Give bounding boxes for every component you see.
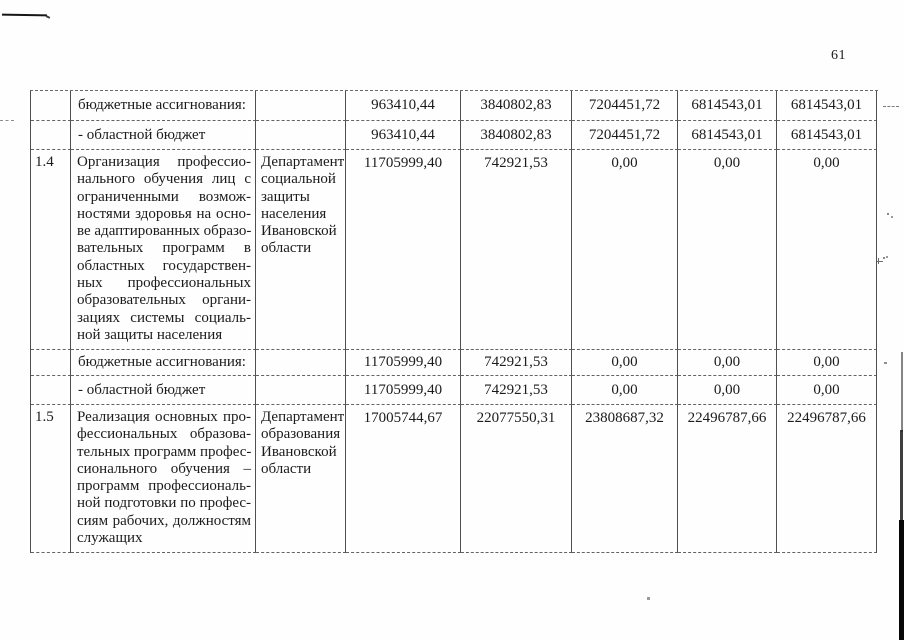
budget-subrow: - областной бюджет11705999,40742921,530,… xyxy=(31,376,878,405)
value-cell: 963410,44 xyxy=(346,121,461,150)
value-cell: 6814543,01 xyxy=(777,121,877,150)
scan-speck xyxy=(887,213,889,215)
scan-edge-line xyxy=(900,430,903,522)
empty-executor-cell xyxy=(256,91,346,121)
value-cell: 3840802,83 xyxy=(461,121,572,150)
value-cell: 17005744,67 xyxy=(346,405,461,553)
value-cell: 11705999,40 xyxy=(346,350,461,376)
pen-stroke-tick xyxy=(46,15,50,19)
empty-executor-cell xyxy=(256,350,346,376)
value-cell: 6814543,01 xyxy=(678,91,777,121)
empty-number-cell xyxy=(31,350,71,376)
row-number-cell: 1.5 xyxy=(31,405,71,553)
value-cell: 7204451,72 xyxy=(572,91,678,121)
value-cell: 11705999,40 xyxy=(346,150,461,350)
budget-label-cell: бюджетные ассигнования: xyxy=(71,91,256,121)
empty-executor-cell xyxy=(256,376,346,405)
scan-speck xyxy=(891,216,893,218)
budget-subrow: бюджетные ассигнования:963410,443840802,… xyxy=(31,91,878,121)
value-cell: 6814543,01 xyxy=(777,91,877,121)
budget-label-cell: - областной бюджет xyxy=(71,121,256,150)
activity-row: 1.5Реализация основных про-фессиональных… xyxy=(31,405,878,553)
executor-cell: ДепартаментсоциальнойзащитынаселенияИван… xyxy=(256,150,346,350)
value-cell: 742921,53 xyxy=(461,350,572,376)
empty-number-cell xyxy=(31,121,71,150)
row-number-cell: 1.4 xyxy=(31,150,71,350)
value-cell: 0,00 xyxy=(777,150,877,350)
margin-dash-left xyxy=(0,120,14,121)
scan-edge-line xyxy=(899,520,904,640)
executor-cell: ДепартаментобразованияИвановскойобласти xyxy=(256,405,346,553)
value-cell: 22496787,66 xyxy=(777,405,877,553)
value-cell: 0,00 xyxy=(678,150,777,350)
value-cell: 0,00 xyxy=(678,350,777,376)
budget-label-cell: бюджетные ассигнования: xyxy=(71,350,256,376)
value-cell: 0,00 xyxy=(572,150,678,350)
value-cell: 22496787,66 xyxy=(678,405,777,553)
pen-stroke-top-left xyxy=(2,14,47,17)
value-cell: 0,00 xyxy=(572,350,678,376)
value-cell: 742921,53 xyxy=(461,376,572,405)
value-cell: 0,00 xyxy=(777,350,877,376)
empty-number-cell xyxy=(31,376,71,405)
value-cell: 7204451,72 xyxy=(572,121,678,150)
value-cell: 6814543,01 xyxy=(678,121,777,150)
scan-speck xyxy=(886,256,888,258)
page-number: 61 xyxy=(831,48,846,64)
budget-subrow: бюджетные ассигнования:11705999,40742921… xyxy=(31,350,878,376)
budget-subrow: - областной бюджет963410,443840802,83720… xyxy=(31,121,878,150)
activity-name-cell: Организация профессио-нального обучения … xyxy=(71,150,256,350)
empty-number-cell xyxy=(31,91,71,121)
value-cell: 0,00 xyxy=(678,376,777,405)
scan-edge-line xyxy=(901,352,903,432)
value-cell: 0,00 xyxy=(572,376,678,405)
value-cell: 963410,44 xyxy=(346,91,461,121)
scan-speck xyxy=(647,597,650,600)
empty-executor-cell xyxy=(256,121,346,150)
budget-table: бюджетные ассигнования:963410,443840802,… xyxy=(30,90,878,553)
value-cell: 3840802,83 xyxy=(461,91,572,121)
scan-speck xyxy=(883,257,885,259)
margin-dash-right xyxy=(883,106,899,107)
pen-cross-mark xyxy=(878,258,879,264)
scan-speck xyxy=(884,362,887,364)
value-cell: 11705999,40 xyxy=(346,376,461,405)
value-cell: 0,00 xyxy=(777,376,877,405)
activity-name-cell: Реализация основных про-фессиональных об… xyxy=(71,405,256,553)
activity-row: 1.4Организация профессио-нального обучен… xyxy=(31,150,878,350)
budget-label-cell: - областной бюджет xyxy=(71,376,256,405)
scanned-document-page: 61 бюджетные ассигнования:963410,4438408… xyxy=(0,0,905,640)
value-cell: 22077550,31 xyxy=(461,405,572,553)
value-cell: 742921,53 xyxy=(461,150,572,350)
value-cell: 23808687,32 xyxy=(572,405,678,553)
